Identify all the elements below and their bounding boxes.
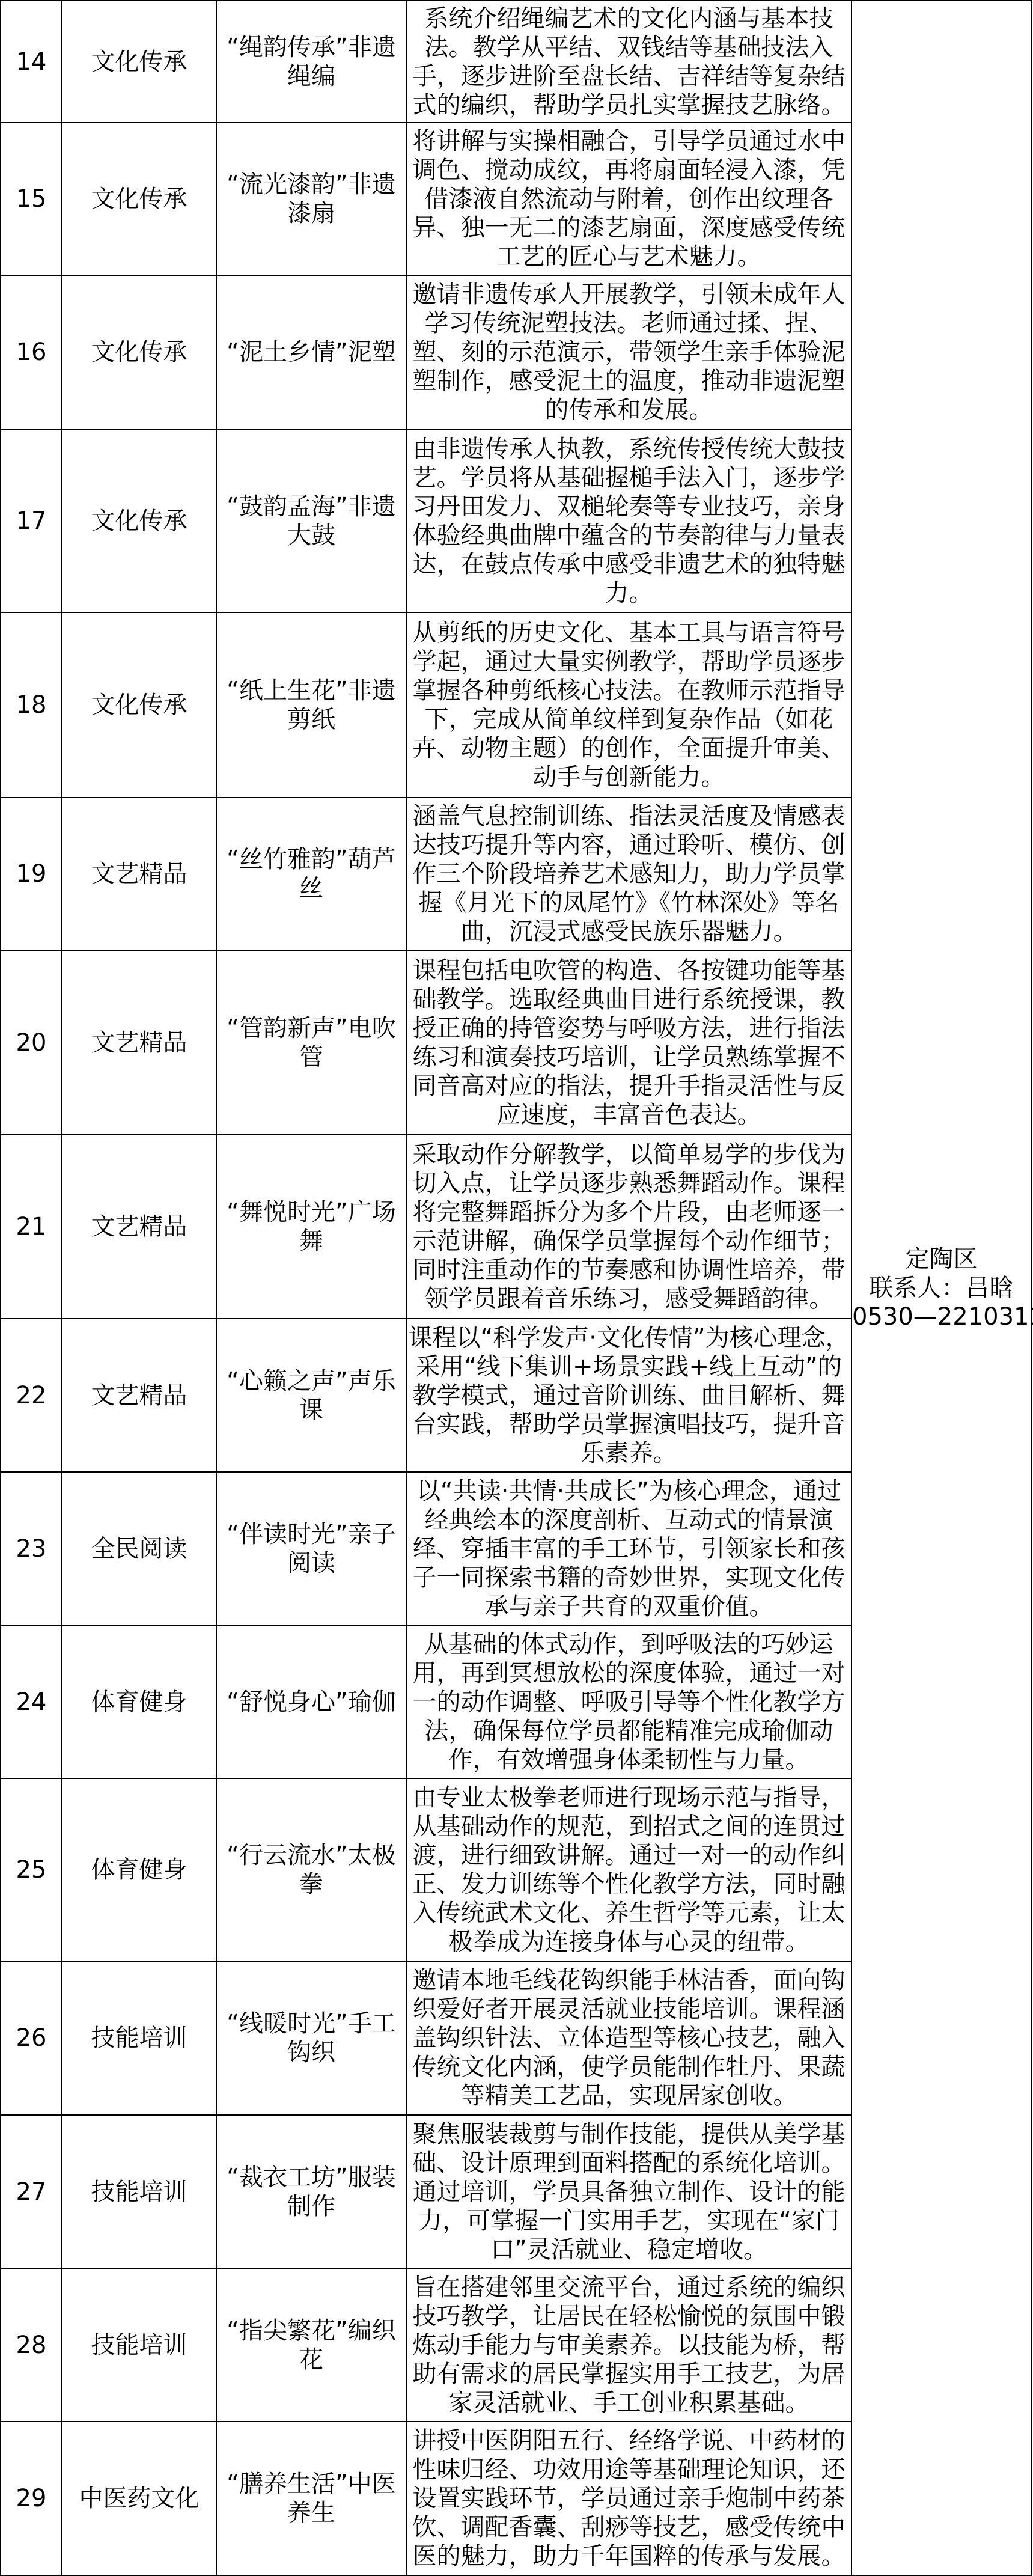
course-name-cell: “鼓韵孟海”非遗大鼓	[216, 429, 406, 612]
course-name-cell: “裁衣工坊”服装制作	[216, 2115, 406, 2269]
row-number: 28	[1, 2269, 62, 2422]
category-cell: 技能培训	[62, 2115, 216, 2269]
table-row: 14 文化传承 “绳韵传承”非遗绳编 系统介绍绳编艺术的文化内涵与基本技法。教学…	[1, 1, 1031, 123]
row-number: 19	[1, 798, 62, 950]
row-number: 16	[1, 275, 62, 429]
category-cell: 文化传承	[62, 123, 216, 275]
course-name-cell: “舞悦时光”广场舞	[216, 1135, 406, 1319]
row-number: 23	[1, 1472, 62, 1625]
category-cell: 全民阅读	[62, 1472, 216, 1625]
category-cell: 文艺精品	[62, 1319, 216, 1472]
course-name-cell: “丝竹雅韵”葫芦丝	[216, 798, 406, 950]
contact-person: 联系人：吕晗	[852, 1274, 1031, 1302]
course-description-cell: 邀请本地毛线花钩织能手林洁香，面向钩织爱好者开展灵活就业技能培训。课程涵盖钩织针…	[406, 1961, 852, 2115]
contact-cell: 定陶区 联系人：吕晗 0530—2210311	[852, 1, 1031, 2575]
category-cell: 文化传承	[62, 612, 216, 798]
row-number: 22	[1, 1319, 62, 1472]
category-cell: 文艺精品	[62, 798, 216, 950]
category-cell: 技能培训	[62, 1961, 216, 2115]
category-cell: 技能培训	[62, 2269, 216, 2422]
course-table: 14 文化传承 “绳韵传承”非遗绳编 系统介绍绳编艺术的文化内涵与基本技法。教学…	[0, 0, 1032, 2576]
course-name-cell: “纸上生花”非遗剪纸	[216, 612, 406, 798]
row-number: 17	[1, 429, 62, 612]
category-cell: 体育健身	[62, 1625, 216, 1778]
course-table-body: 14 文化传承 “绳韵传承”非遗绳编 系统介绍绳编艺术的文化内涵与基本技法。教学…	[1, 1, 1031, 2575]
course-name-cell: “膳养生活”中医养生	[216, 2422, 406, 2575]
row-number: 21	[1, 1135, 62, 1319]
category-cell: 文艺精品	[62, 950, 216, 1135]
course-description-cell: 邀请非遗传承人开展教学，引领未成年人学习传统泥塑技法。老师通过揉、捏、塑、刻的示…	[406, 275, 852, 429]
course-name-cell: “行云流水”太极拳	[216, 1778, 406, 1961]
row-number: 26	[1, 1961, 62, 2115]
course-description-cell: 由非遗传承人执教，系统传授传统大鼓技艺。学员将从基础握槌手法入门，逐步学习丹田发…	[406, 429, 852, 612]
category-cell: 体育健身	[62, 1778, 216, 1961]
course-name-cell: “舒悦身心”瑜伽	[216, 1625, 406, 1778]
row-number: 29	[1, 2422, 62, 2575]
course-description-cell: 聚焦服装裁剪与制作技能，提供从美学基础、设计原理到面料搭配的系统化培训。通过培训…	[406, 2115, 852, 2269]
course-description-cell: 采取动作分解教学，以简单易学的步伐为切入点，让学员逐步熟悉舞蹈动作。课程将完整舞…	[406, 1135, 852, 1319]
course-description-cell: 由专业太极拳老师进行现场示范与指导，从基础动作的规范，到招式之间的连贯过渡，进行…	[406, 1778, 852, 1961]
row-number: 20	[1, 950, 62, 1135]
course-description-cell: 将讲解与实操相融合，引导学员通过水中调色、搅动成纹，再将扇面轻浸入漆，凭借漆液自…	[406, 123, 852, 275]
course-description-cell: 讲授中医阴阳五行、经络学说、中药材的性味归经、功效用途等基础理论知识，还设置实践…	[406, 2422, 852, 2575]
course-name-cell: “泥土乡情”泥塑	[216, 275, 406, 429]
course-name-cell: “伴读时光”亲子阅读	[216, 1472, 406, 1625]
course-description-cell: 旨在搭建邻里交流平台，通过系统的编织技巧教学，让居民在轻松愉悦的氛围中锻炼动手能…	[406, 2269, 852, 2422]
course-description-cell: 课程以“科学发声·文化传情”为核心理念，采用“线下集训+场景实践+线上互动”的教…	[406, 1319, 852, 1472]
row-number: 24	[1, 1625, 62, 1778]
course-description-cell: 涵盖气息控制训练、指法灵活度及情感表达技巧提升等内容，通过聆听、模仿、创作三个阶…	[406, 798, 852, 950]
course-name-cell: “管韵新声”电吹管	[216, 950, 406, 1135]
contact-district: 定陶区	[852, 1245, 1031, 1274]
row-number: 18	[1, 612, 62, 798]
course-description-cell: 从基础的体式动作，到呼吸法的巧妙运用，再到冥想放松的深度体验，通过一对一的动作调…	[406, 1625, 852, 1778]
category-cell: 文艺精品	[62, 1135, 216, 1319]
row-number: 25	[1, 1778, 62, 1961]
course-description-cell: 系统介绍绳编艺术的文化内涵与基本技法。教学从平结、双钱结等基础技法入手，逐步进阶…	[406, 1, 852, 123]
row-number: 14	[1, 1, 62, 123]
category-cell: 文化传承	[62, 1, 216, 123]
category-cell: 文化传承	[62, 429, 216, 612]
course-description-cell: 课程包括电吹管的构造、各按键功能等基础教学。选取经典曲目进行系统授课，教授正确的…	[406, 950, 852, 1135]
course-name-cell: “指尖繁花”编织花	[216, 2269, 406, 2422]
contact-phone: 0530—2210311	[852, 1302, 1031, 1331]
row-number: 15	[1, 123, 62, 275]
course-name-cell: “线暖时光”手工钩织	[216, 1961, 406, 2115]
category-cell: 文化传承	[62, 275, 216, 429]
course-description-cell: 以“共读·共情·共成长”为核心理念，通过经典绘本的深度剖析、互动式的情景演绎、穿…	[406, 1472, 852, 1625]
row-number: 27	[1, 2115, 62, 2269]
course-description-cell: 从剪纸的历史文化、基本工具与语言符号学起，通过大量实例教学，帮助学员逐步掌握各种…	[406, 612, 852, 798]
category-cell: 中医药文化	[62, 2422, 216, 2575]
course-name-cell: “流光漆韵”非遗漆扇	[216, 123, 406, 275]
course-name-cell: “绳韵传承”非遗绳编	[216, 1, 406, 123]
course-name-cell: “心籁之声”声乐课	[216, 1319, 406, 1472]
